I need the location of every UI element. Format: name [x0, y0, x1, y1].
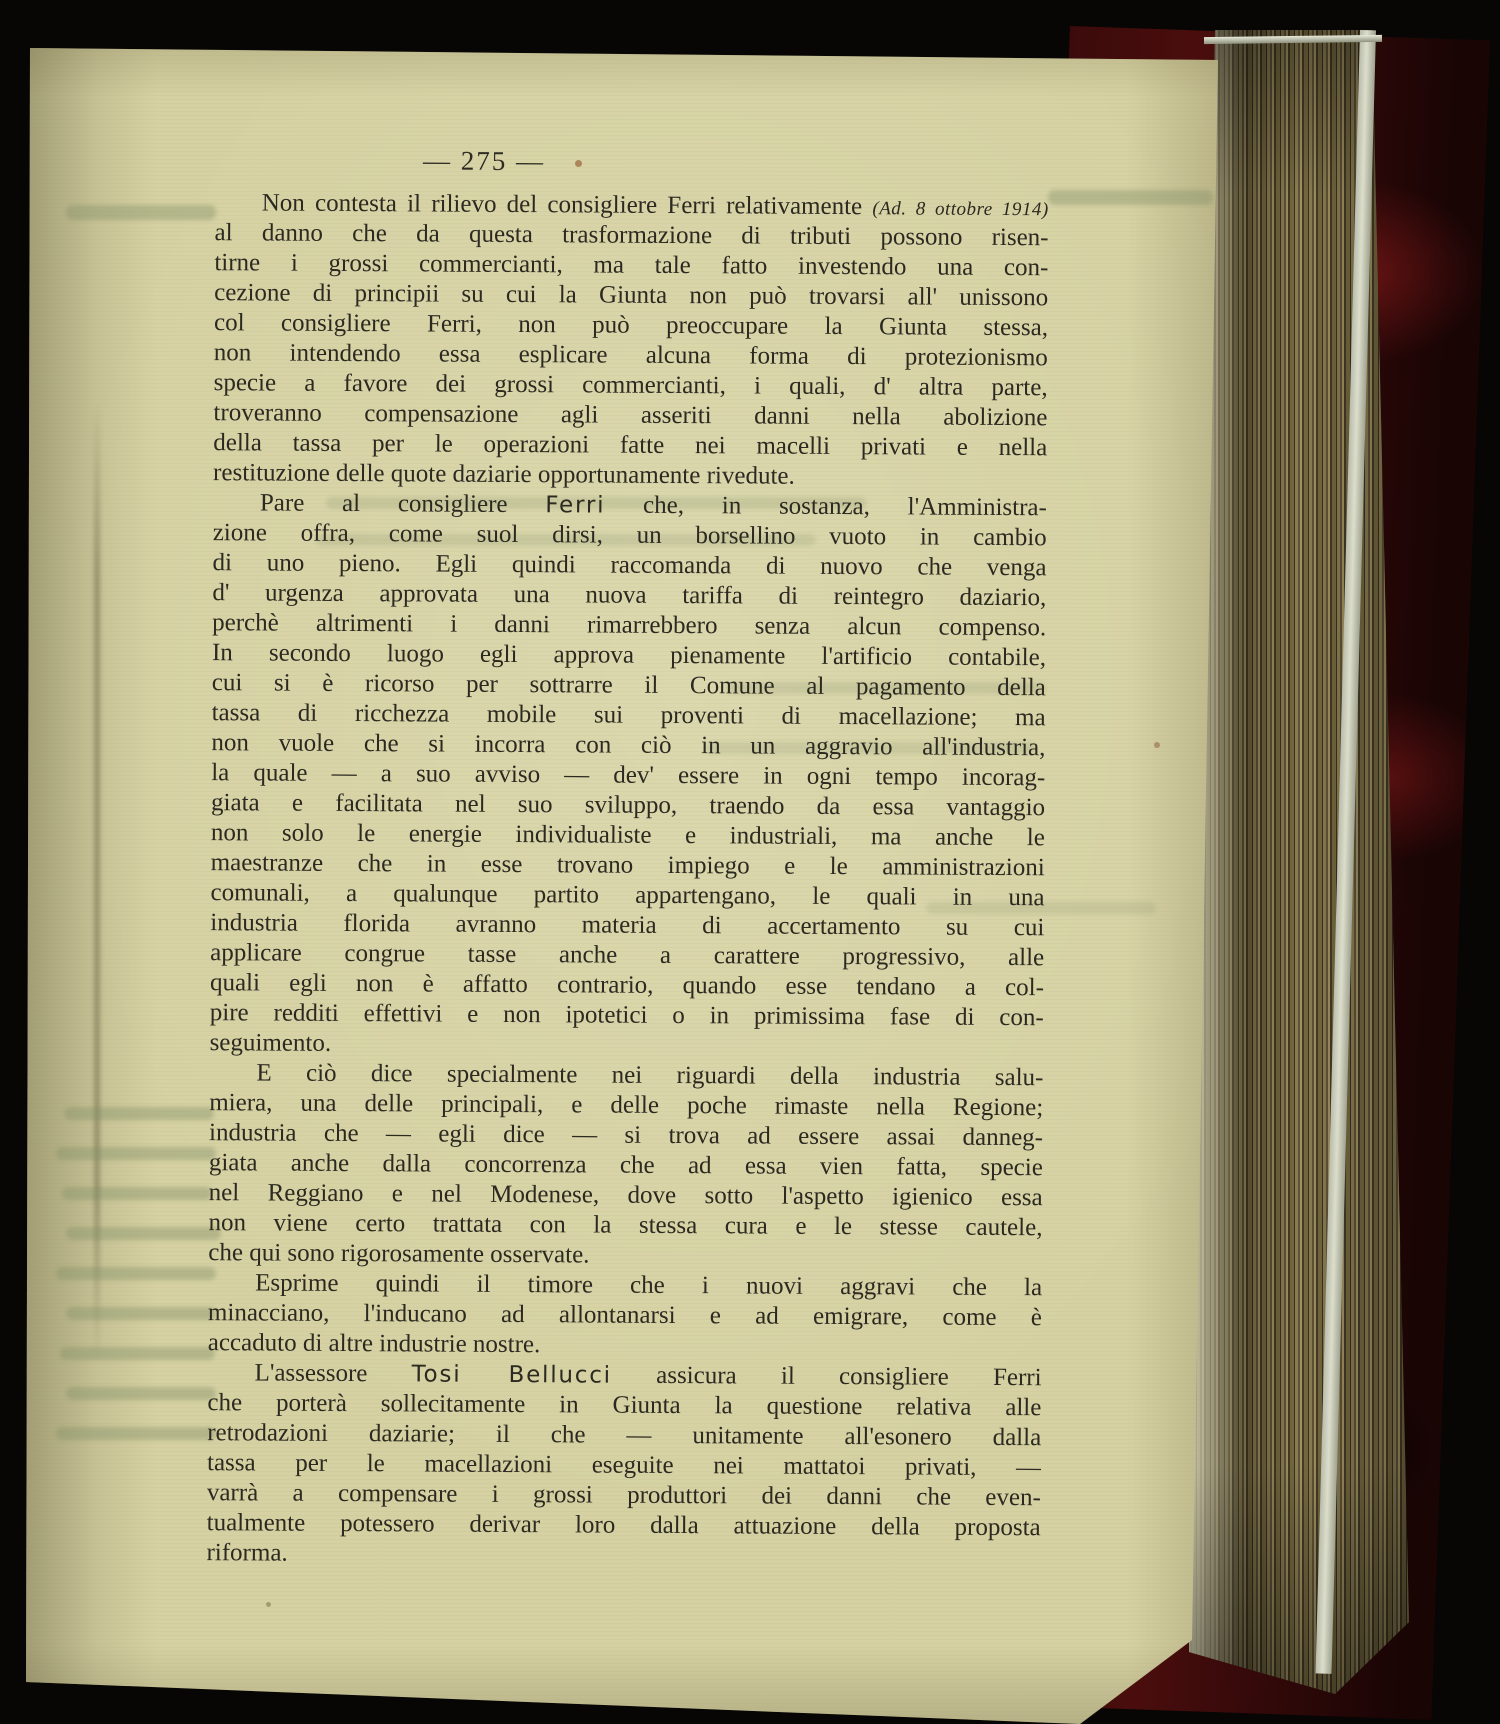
page-number: — 275 —	[404, 145, 564, 177]
text-segment: accaduto di altre industrie nostre.	[208, 1329, 541, 1358]
book-page: — 275 — Non contesta il rilievo del cons…	[26, 42, 1222, 1724]
text-line: tualmente potessero derivar loro dalla a…	[207, 1508, 1041, 1543]
text-segment: giata e facilitata nel suo sviluppo, tra…	[211, 789, 1045, 821]
text-segment: cui si è ricorso per sottrarre il Comune…	[212, 669, 1046, 701]
text-segment: non solo le energie individualiste e ind…	[211, 819, 1045, 851]
text-segment: specie a favore dei grossi commercianti,…	[214, 369, 1048, 401]
text-segment: L'assessore	[255, 1359, 412, 1387]
text-segment: seguimento.	[210, 1029, 332, 1057]
text-segment: che, in sostanza, l'Amministra-	[605, 492, 1047, 522]
book-scan-photo: — 275 — Non contesta il rilievo del cons…	[0, 0, 1500, 1724]
text-segment: assicura il consigliere Ferri	[612, 1362, 1042, 1392]
text-segment: miera, una delle principali, e delle poc…	[209, 1089, 1043, 1121]
text-segment: In secondo luogo egli approva pienamente…	[212, 639, 1046, 671]
text-segment: pire redditi effettivi e non ipotetici o…	[210, 999, 1044, 1031]
text-segment: tassa per le macellazioni eseguite nei m…	[207, 1449, 1041, 1481]
text-segment: applicare congrue tasse anche a caratter…	[210, 939, 1044, 971]
text-segment: al danno che da questa trasformazione di…	[214, 219, 1048, 251]
text-segment: cezione di principii su cui la Giunta no…	[214, 279, 1048, 311]
text-segment: Esprime quindi il timore che i nuovi agg…	[255, 1269, 1042, 1301]
text-line: riforma.	[206, 1538, 1040, 1573]
text-segment: retrodazioni daziarie; il che — unitamen…	[207, 1419, 1041, 1451]
text-segment: industria florida avranno materia di acc…	[210, 909, 1044, 941]
text-segment: col consigliere Ferri, non può preoccupa…	[214, 309, 1048, 341]
text-segment: non intendendo essa esplicare alcuna for…	[214, 339, 1048, 371]
text-segment: tirne i grossi commercianti, ma tale fat…	[214, 249, 1048, 281]
text-segment: industria che — egli dice — si trova ad …	[209, 1119, 1043, 1151]
text-segment: che porterà sollecitamente in Giunta la …	[207, 1389, 1041, 1421]
text-segment: comunali, a qualunque partito appartenga…	[210, 879, 1044, 911]
text-segment: varrà a compensare i grossi produttori d…	[207, 1479, 1041, 1511]
text-segment: della tassa per le operazioni fatte nei …	[213, 429, 1047, 461]
text-line: pire redditi effettivi e non ipotetici o…	[210, 998, 1044, 1033]
text-segment: zione offra, come suol dirsi, un borsell…	[213, 519, 1047, 551]
text-segment: che qui sono rigorosamente osservate.	[208, 1239, 589, 1268]
text-segment: non vuole che si incorra con ciò in un a…	[211, 729, 1045, 761]
text-segment: maestranze che in esse trovano impiego e…	[211, 849, 1045, 881]
text-segment: E ciò dice specialmente nei riguardi del…	[256, 1059, 1043, 1091]
person-name: Tosi Bellucci	[412, 1361, 612, 1388]
person-name: Ferri	[545, 492, 605, 518]
text-segment: quali egli non è affatto contrario, quan…	[210, 969, 1044, 1001]
text-segment: di uno pieno. Egli quindi raccomanda di …	[212, 549, 1046, 581]
text-segment: restituzione delle quote daziarie opport…	[213, 459, 795, 490]
text-segment: riforma.	[206, 1539, 287, 1566]
text-segment: nel Reggiano e nel Modenese, dove sotto …	[209, 1179, 1043, 1211]
page-text: Non contesta il rilievo del consigliere …	[206, 188, 1048, 1573]
text-segment: d' urgenza approvata una nuova tariffa d…	[212, 579, 1046, 611]
text-segment: troveranno compensazione agli asseriti d…	[213, 399, 1047, 431]
text-segment: tassa di ricchezza mobile sui proventi d…	[212, 699, 1046, 731]
text-segment: Non contesta il rilievo del consigliere …	[262, 189, 873, 220]
text-segment: giata anche dalla concorrenza che ad ess…	[209, 1149, 1043, 1181]
page-content: — 275 — Non contesta il rilievo del cons…	[16, 41, 1222, 1724]
text-segment: la quale — a suo avviso — dev' essere in…	[211, 759, 1045, 791]
text-segment: minacciano, l'inducano ad allontanarsi e…	[208, 1299, 1042, 1331]
text-segment: tualmente potessero derivar loro dalla a…	[207, 1509, 1041, 1541]
text-segment: Pare al consigliere	[260, 489, 546, 518]
text-segment: non viene certo trattata con la stessa c…	[208, 1209, 1042, 1241]
margin-note-date: (Ad. 8 ottobre 1914)	[872, 198, 1048, 220]
text-segment: perchè altrimenti i danni rimarrebbero s…	[212, 609, 1046, 641]
